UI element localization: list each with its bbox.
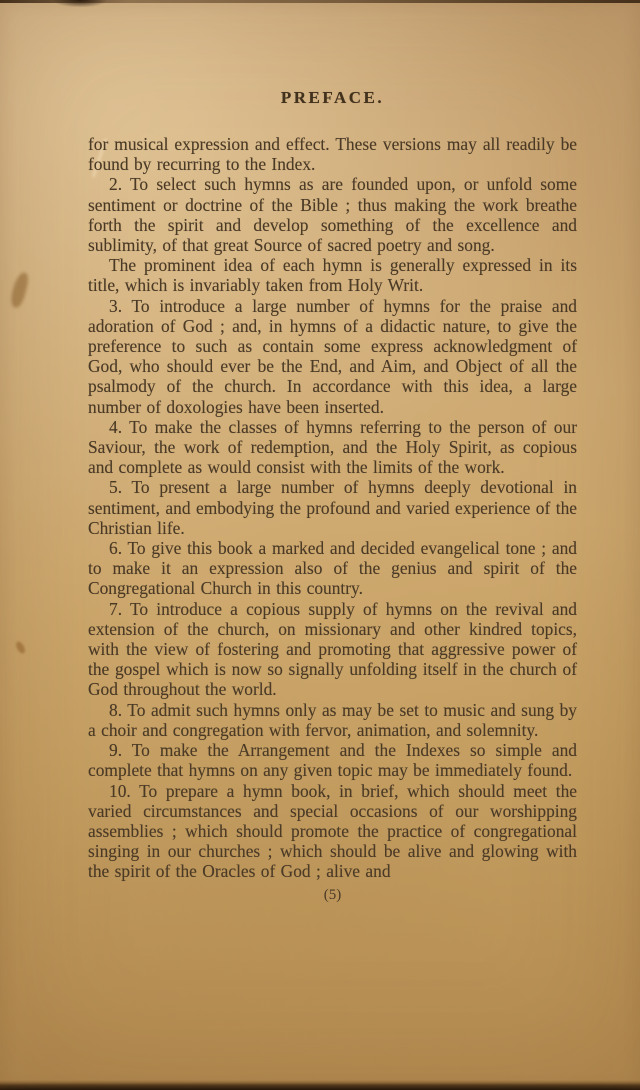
preface-paragraph: 10. To prepare a hymn book, in brief, wh… xyxy=(88,781,577,882)
preface-paragraph: 6. To give this book a marked and decide… xyxy=(88,538,577,599)
book-page-scan: PREFACE. for musical expression and effe… xyxy=(0,0,640,1090)
preface-paragraph: 9. To make the Arrangement and the Index… xyxy=(88,740,577,780)
paper-smudge xyxy=(9,271,30,309)
preface-paragraph: 8. To admit such hymns only as may be se… xyxy=(88,700,577,740)
preface-paragraph: 2. To select such hymns as are founded u… xyxy=(88,174,577,255)
page-header: PREFACE. xyxy=(88,88,577,108)
page-content: PREFACE. for musical expression and effe… xyxy=(88,88,577,904)
preface-paragraph: 7. To introduce a copious supply of hymn… xyxy=(88,599,577,700)
preface-body: for musical expression and effect. These… xyxy=(88,134,577,882)
preface-paragraph: 5. To present a large number of hymns de… xyxy=(88,477,577,538)
paper-smudge xyxy=(14,640,27,655)
preface-paragraph: for musical expression and effect. These… xyxy=(88,134,577,174)
page-number: (5) xyxy=(88,887,577,904)
scan-edge-bottom xyxy=(0,1080,640,1090)
preface-paragraph: 4. To make the classes of hymns referrin… xyxy=(88,417,577,478)
preface-paragraph: The prominent idea of each hymn is gener… xyxy=(88,255,577,295)
preface-paragraph: 3. To introduce a large number of hymns … xyxy=(88,296,577,417)
scan-edge-notch xyxy=(54,0,106,7)
